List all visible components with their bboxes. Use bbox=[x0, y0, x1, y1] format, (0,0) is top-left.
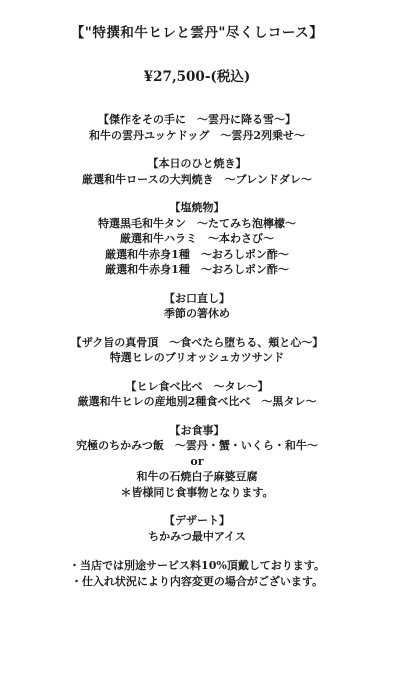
menu-line: 特選ヒレのブリオッシュカツサンド bbox=[0, 350, 394, 366]
section-header: 【お口直し】 bbox=[0, 291, 394, 307]
menu-body: 【傑作をその手に ～雲丹に降る雪～】 和牛の雲丹ユッケドッグ ～雲丹2列乗せ～ … bbox=[0, 112, 394, 544]
menu-line: ちかみつ最中アイス bbox=[0, 529, 394, 545]
menu-line: 和牛の雲丹ユッケドッグ ～雲丹2列乗せ～ bbox=[0, 128, 394, 144]
menu-line-note: ＊皆様同じ食事物となります。 bbox=[0, 485, 394, 501]
page-title: 【"特撰和牛ヒレと雲丹"尽くしコース】 bbox=[0, 25, 394, 41]
menu-line: 厳選和牛ロースの大判焼き ～ブレンドダレ～ bbox=[0, 172, 394, 188]
menu-section-rice-dish: 【お食事】 究極のちかみつ飯 ～雲丹・蟹・いくら・和牛～ or 和牛の石焼白子麻… bbox=[0, 423, 394, 501]
menu-line: 厳選和牛赤身1種 ～おろしポン酢～ bbox=[0, 247, 394, 263]
section-header: 【ヒレ食べ比べ ～タレ～】 bbox=[0, 379, 394, 395]
menu-line: 特選黒毛和牛タン ～たてみち泡檸檬～ bbox=[0, 216, 394, 232]
menu-section-appetizer: 【傑作をその手に ～雲丹に降る雪～】 和牛の雲丹ユッケドッグ ～雲丹2列乗せ～ bbox=[0, 112, 394, 143]
menu-line: 厳選和牛赤身1種 ～おろしポン酢～ bbox=[0, 262, 394, 278]
section-header: 【傑作をその手に ～雲丹に降る雪～】 bbox=[0, 112, 394, 128]
footer-notes: ・当店では別途サービス料10%頂戴しております。 ・仕入れ状況により内容変更の場… bbox=[0, 558, 394, 590]
menu-line: 和牛の石焼白子麻婆豆腐 bbox=[0, 469, 394, 485]
note-line-service-charge: ・当店では別途サービス料10%頂戴しております。 bbox=[0, 558, 394, 574]
menu-section-salt-grilled: 【塩焼物】 特選黒毛和牛タン ～たてみち泡檸檬～ 厳選和牛ハラミ ～本わさび～ … bbox=[0, 200, 394, 278]
menu-document: 【"特撰和牛ヒレと雲丹"尽くしコース】 ¥27,500-(税込) 【傑作をその手… bbox=[0, 0, 394, 700]
menu-section-katsu-sando: 【ザク旨の真骨頂 ～食べたら堕ちる、頬と心～】 特選ヒレのブリオッシュカツサンド bbox=[0, 335, 394, 366]
menu-section-palate-cleanser: 【お口直し】 季節の箸休め bbox=[0, 291, 394, 322]
menu-section-fillet-comparison: 【ヒレ食べ比べ ～タレ～】 厳選和牛ヒレの産地別2種食べ比べ ～黒タレ～ bbox=[0, 379, 394, 410]
menu-line: 季節の箸休め bbox=[0, 306, 394, 322]
section-header: 【デザート】 bbox=[0, 513, 394, 529]
section-header: 【お食事】 bbox=[0, 423, 394, 439]
menu-line: 厳選和牛ハラミ ～本わさび～ bbox=[0, 231, 394, 247]
menu-line: 究極のちかみつ飯 ～雲丹・蟹・いくら・和牛～ bbox=[0, 438, 394, 454]
menu-section-dessert: 【デザート】 ちかみつ最中アイス bbox=[0, 513, 394, 544]
menu-line-or: or bbox=[0, 454, 394, 470]
section-header: 【ザク旨の真骨頂 ～食べたら堕ちる、頬と心～】 bbox=[0, 335, 394, 351]
section-header: 【塩焼物】 bbox=[0, 200, 394, 216]
note-line-content-change: ・仕入れ状況により内容変更の場合がございます。 bbox=[0, 574, 394, 590]
menu-section-todays-grill: 【本日のひと焼き】 厳選和牛ロースの大判焼き ～ブレンドダレ～ bbox=[0, 156, 394, 187]
menu-line: 厳選和牛ヒレの産地別2種食べ比べ ～黒タレ～ bbox=[0, 394, 394, 410]
course-price: ¥27,500-(税込) bbox=[0, 69, 394, 85]
section-header: 【本日のひと焼き】 bbox=[0, 156, 394, 172]
